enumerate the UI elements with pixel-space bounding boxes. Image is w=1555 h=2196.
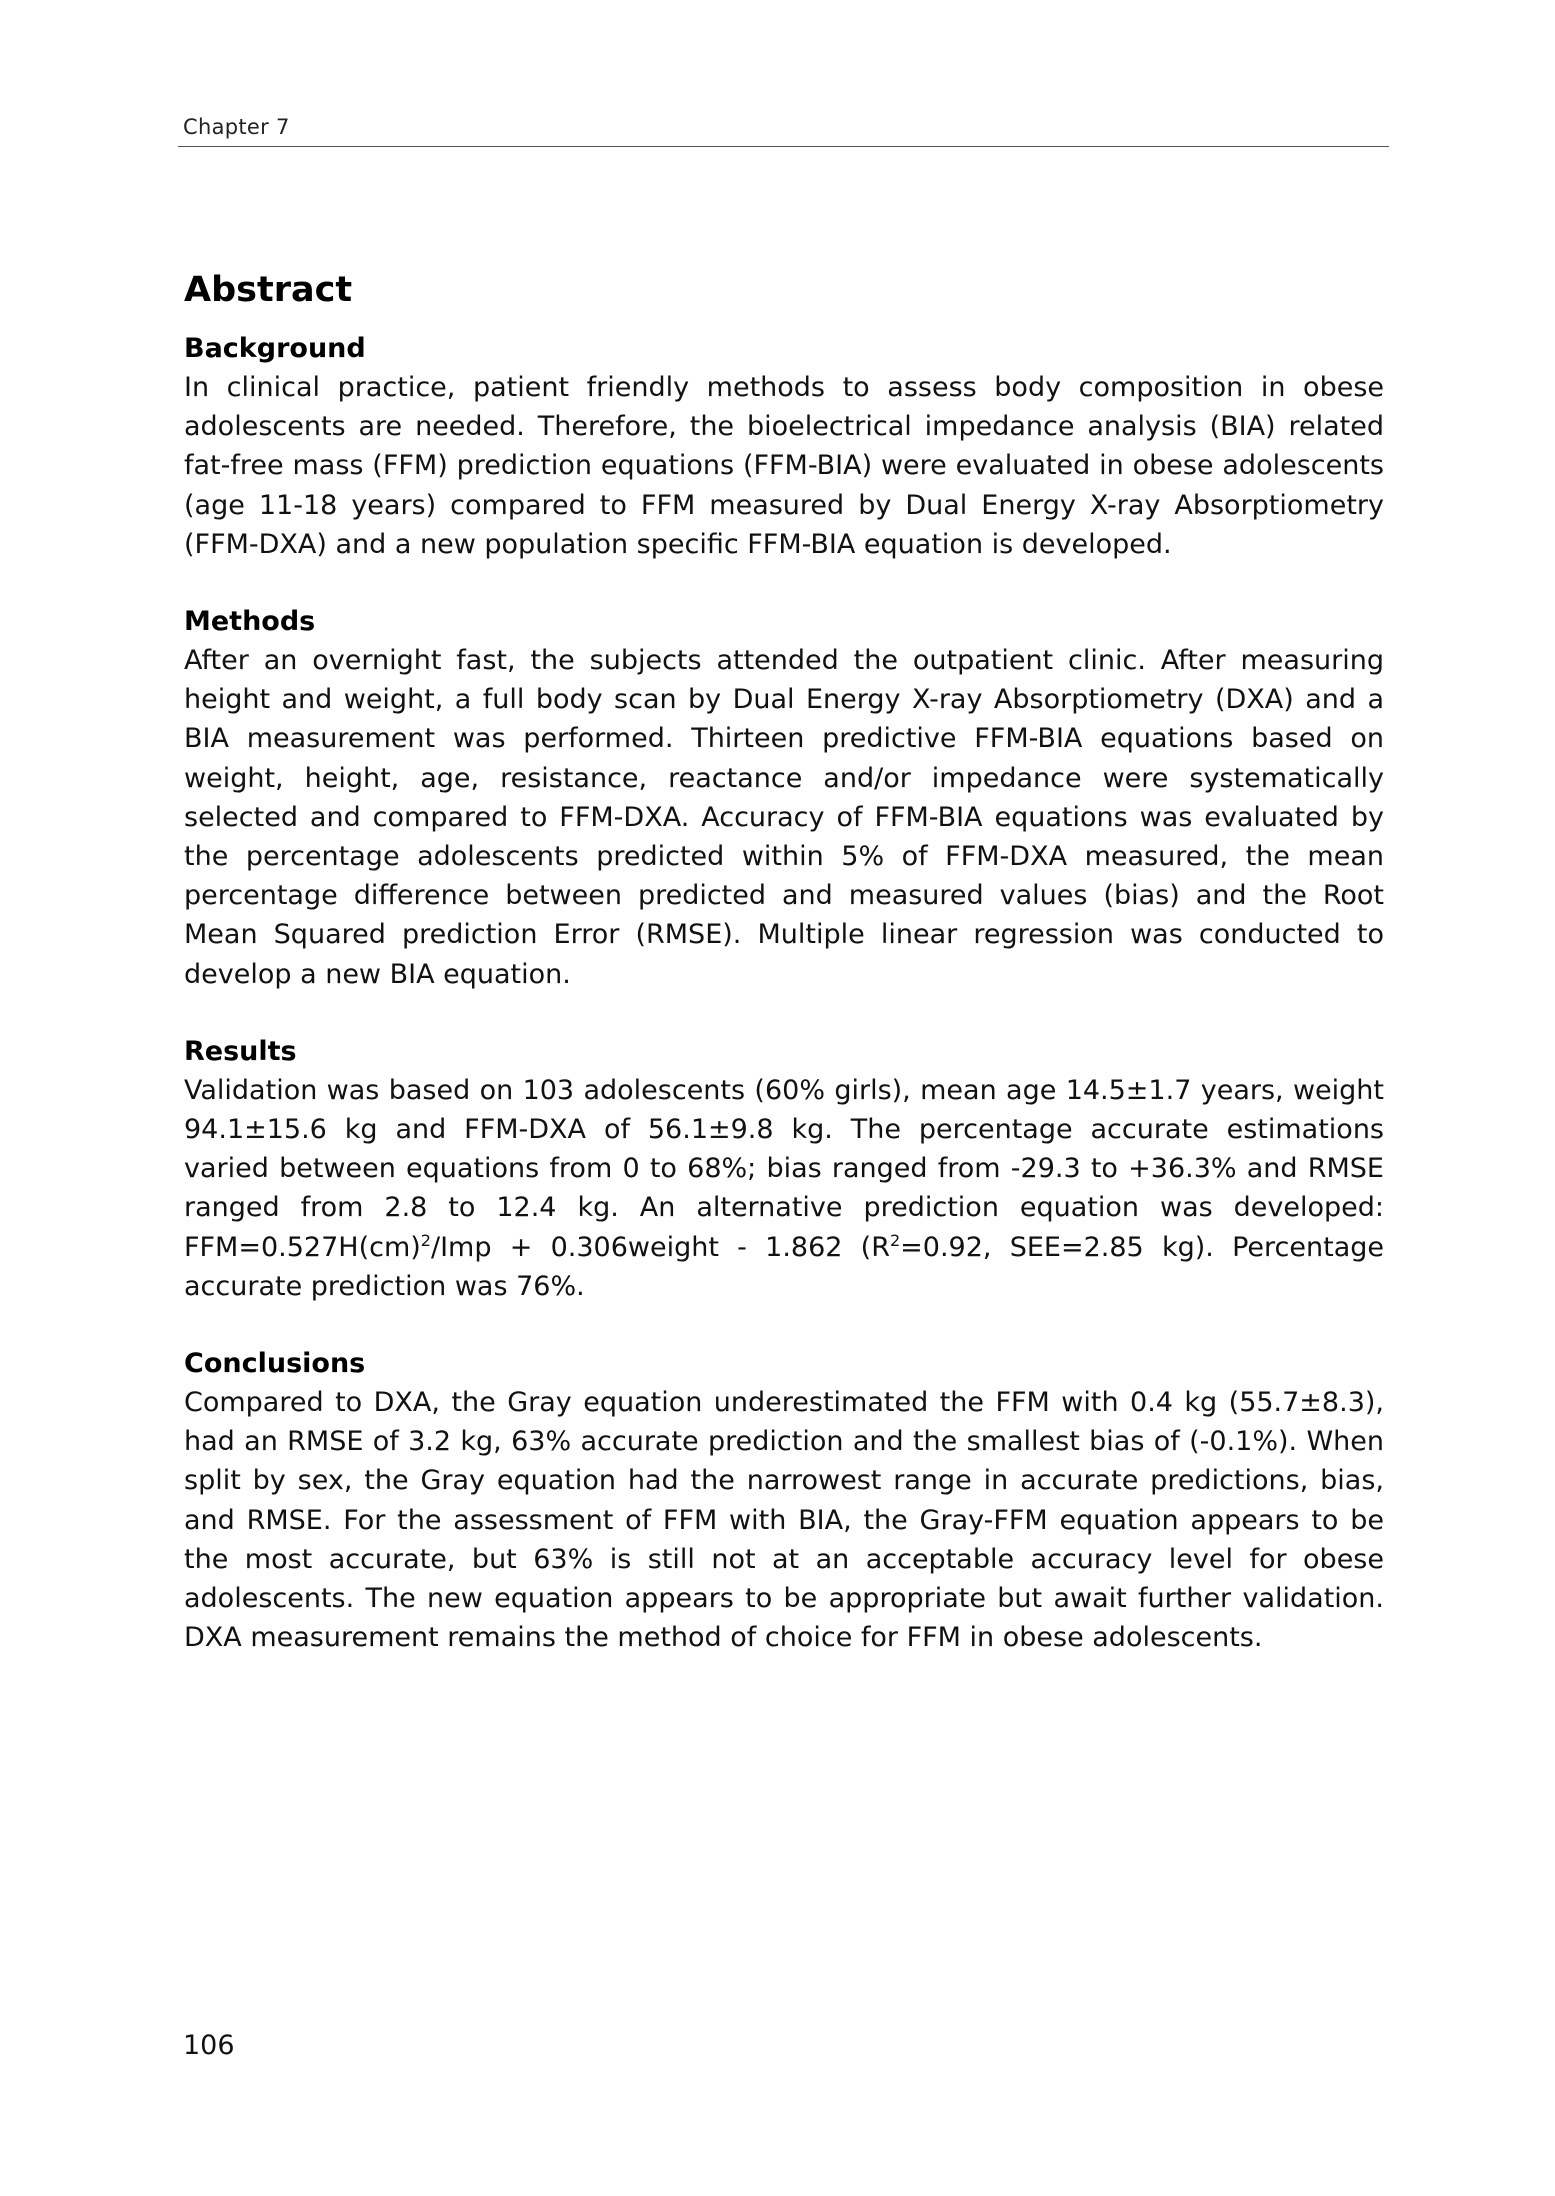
section-heading-background: Background [184, 330, 1384, 368]
section-heading-conclusions: Conclusions [184, 1345, 1384, 1383]
results-text-part-2: /Imp + 0.306weight - 1.862 (R [431, 1232, 890, 1263]
section-heading-methods: Methods [184, 603, 1384, 641]
section-conclusions: Conclusions Compared to DXA, the Gray eq… [184, 1345, 1384, 1657]
running-header-chapter: Chapter 7 [183, 115, 290, 139]
section-results: Results Validation was based on 103 adol… [184, 1033, 1384, 1306]
superscript-r-squared: 2 [890, 1231, 900, 1250]
page-number: 106 [183, 2030, 235, 2061]
section-body-methods: After an overnight fast, the subjects at… [184, 641, 1384, 994]
section-background: Background In clinical practice, patient… [184, 330, 1384, 564]
section-heading-results: Results [184, 1033, 1384, 1071]
section-body-conclusions: Compared to DXA, the Gray equation under… [184, 1383, 1384, 1657]
abstract-title: Abstract [184, 268, 1384, 312]
section-body-background: In clinical practice, patient friendly m… [184, 368, 1384, 564]
section-body-results: Validation was based on 103 adolescents … [184, 1071, 1384, 1306]
section-methods: Methods After an overnight fast, the sub… [184, 603, 1384, 994]
abstract: Abstract Background In clinical practice… [184, 268, 1384, 1696]
header-rule [178, 146, 1389, 147]
superscript-squared: 2 [421, 1231, 431, 1250]
